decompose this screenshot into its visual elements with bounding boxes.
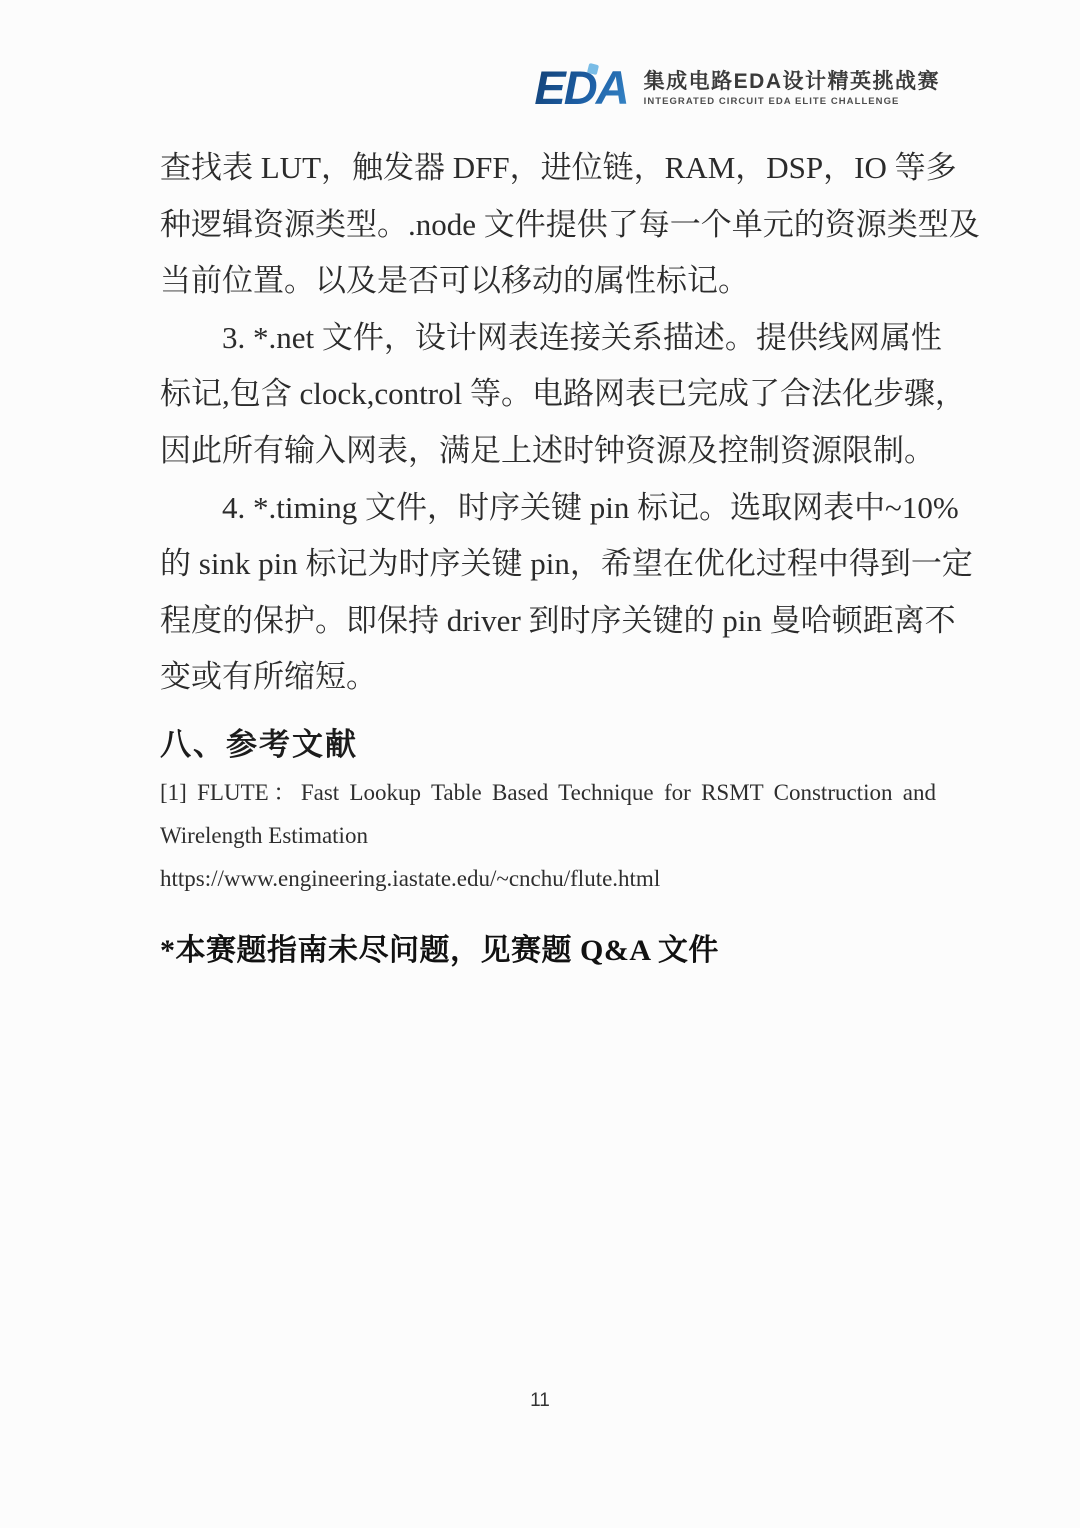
body-text-line: 3. *.net 文件，设计网表连接关系描述。提供线网属性 bbox=[160, 310, 936, 367]
body-text-line: 当前位置。以及是否可以移动的属性标记。 bbox=[160, 253, 936, 310]
body-text-line: 标记,包含 clock,control 等。电路网表已完成了合法化步骤， bbox=[160, 366, 936, 423]
body-text-line: 的 sink pin 标记为时序关键 pin，希望在优化过程中得到一定 bbox=[160, 536, 936, 593]
reference-url: https://www.engineering.iastate.edu/~cnc… bbox=[160, 857, 936, 900]
eda-logo-text: EDA bbox=[534, 61, 627, 114]
qa-note: *本赛题指南未尽问题，见赛题 Q&A 文件 bbox=[160, 927, 936, 975]
page-header: EDA 集成电路EDA设计精英挑战赛 INTEGRATED CIRCUIT ED… bbox=[0, 62, 940, 114]
body-text-line: 4. *.timing 文件，时序关键 pin 标记。选取网表中~10% bbox=[160, 480, 936, 537]
page-number: 11 bbox=[0, 1390, 1080, 1412]
body-text-line: 查找表 LUT，触发器 DFF，进位链，RAM，DSP，IO 等多 bbox=[160, 140, 936, 197]
brand-titles: 集成电路EDA设计精英挑战赛 INTEGRATED CIRCUIT EDA EL… bbox=[644, 68, 940, 109]
body-text-line: 变或有所缩短。 bbox=[160, 649, 936, 706]
reference-line: Wirelength Estimation bbox=[160, 814, 936, 857]
body-text-line: 种逻辑资源类型。.node 文件提供了每一个单元的资源类型及 bbox=[160, 197, 936, 254]
reference-line: [1] FLUTE：Fast Lookup Table Based Techni… bbox=[160, 771, 936, 814]
brand-subtitle-en: INTEGRATED CIRCUIT EDA ELITE CHALLENGE bbox=[644, 95, 940, 109]
reference-block: [1] FLUTE：Fast Lookup Table Based Techni… bbox=[160, 771, 936, 900]
eda-brand-block: EDA 集成电路EDA设计精英挑战赛 INTEGRATED CIRCUIT ED… bbox=[534, 62, 940, 114]
body-text-line: 程度的保护。即保持 driver 到时序关键的 pin 曼哈顿距离不 bbox=[160, 593, 936, 650]
brand-title-zh: 集成电路EDA设计精英挑战赛 bbox=[644, 68, 940, 95]
eda-logo-icon: EDA bbox=[534, 62, 631, 114]
main-text-column: 查找表 LUT，触发器 DFF，进位链，RAM，DSP，IO 等多 种逻辑资源类… bbox=[160, 140, 936, 975]
document-page: EDA 集成电路EDA设计精英挑战赛 INTEGRATED CIRCUIT ED… bbox=[0, 0, 1080, 1528]
section-heading-references: 八、参考文献 bbox=[160, 722, 936, 768]
body-text-line: 因此所有输入网表，满足上述时钟资源及控制资源限制。 bbox=[160, 423, 936, 480]
